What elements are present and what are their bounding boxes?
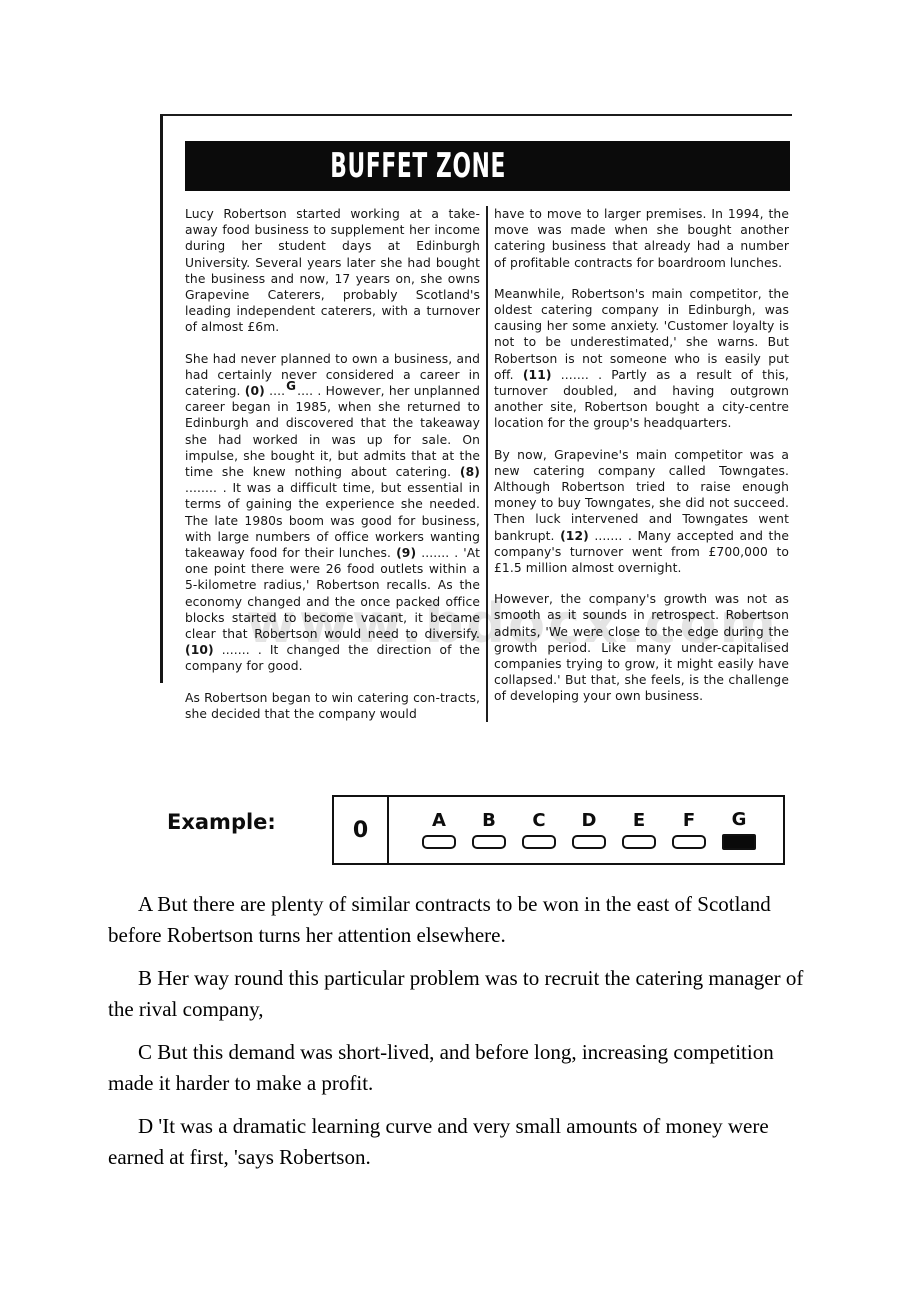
- answer-bubble: [572, 835, 606, 849]
- text-segment: ....... . 'At one point there were 26 fo…: [185, 546, 480, 641]
- answer-cell-c: C: [523, 811, 555, 849]
- article-paragraph: As Robertson began to win catering con-t…: [185, 690, 480, 722]
- article-column-left: Lucy Robertson started working at a take…: [185, 206, 480, 722]
- option-text: Her way round this particular problem wa…: [108, 966, 803, 1021]
- article-paragraph: However, the company's growth was not as…: [494, 591, 789, 704]
- text-segment: (11): [523, 368, 552, 382]
- column-divider: [486, 206, 488, 722]
- option-letter: C: [138, 1040, 152, 1064]
- answer-letter: C: [532, 811, 545, 831]
- answer-bubble: [622, 835, 656, 849]
- scan-left-border: [160, 115, 163, 683]
- option-text: But this demand was short-lived, and bef…: [108, 1040, 774, 1095]
- answer-cell-g: G: [723, 810, 755, 850]
- article-title: BUFFET ZONE: [331, 146, 507, 186]
- text-segment: However, the company's growth was not as…: [494, 592, 789, 703]
- page: { "watermark": { "text": "www.bdocx.com"…: [0, 0, 920, 1302]
- answer-cell-a: A: [423, 811, 455, 849]
- article-paragraph: She had never planned to own a business,…: [185, 351, 480, 675]
- answer-letter: E: [633, 811, 645, 831]
- text-segment: As Robertson began to win catering con-t…: [185, 691, 480, 721]
- article-column-right: have to move to larger premises. In 1994…: [494, 206, 789, 722]
- article-title-banner: BUFFET ZONE: [185, 141, 790, 191]
- option-letter: A: [138, 892, 152, 916]
- answer-grid: ABCDEFG: [389, 797, 783, 863]
- answer-bubble-filled: [722, 834, 756, 850]
- answer-cell-e: E: [623, 811, 655, 849]
- answer-options-list: A But there are plenty of similar contra…: [108, 889, 814, 1185]
- example-answer-box: 0 ABCDEFG: [332, 795, 785, 865]
- article-paragraph: have to move to larger premises. In 1994…: [494, 206, 789, 271]
- answer-bubble: [472, 835, 506, 849]
- answer-option-b: B Her way round this particular problem …: [108, 963, 814, 1024]
- text-segment: ....... . It changed the direction of th…: [185, 643, 480, 673]
- answer-letter: B: [482, 811, 496, 831]
- example-label: Example:: [167, 810, 276, 834]
- document-scan: BUFFET ZONE Lucy Robertson started worki…: [160, 114, 792, 722]
- answer-option-a: A But there are plenty of similar contra…: [108, 889, 814, 950]
- article-paragraph: Lucy Robertson started working at a take…: [185, 206, 480, 336]
- option-text: But there are plenty of similar contract…: [108, 892, 771, 947]
- option-text: 'It was a dramatic learning curve and ve…: [108, 1114, 769, 1169]
- answer-cell-b: B: [473, 811, 505, 849]
- text-segment: (8): [460, 465, 480, 479]
- article-paragraph: By now, Grapevine's main competitor was …: [494, 447, 789, 577]
- answer-cell-f: F: [673, 811, 705, 849]
- answer-letter: F: [683, 811, 695, 831]
- text-segment: .... . However, her unplanned career beg…: [185, 384, 480, 479]
- answer-cell-d: D: [573, 811, 605, 849]
- option-letter: D: [138, 1114, 153, 1138]
- answer-option-d: D 'It was a dramatic learning curve and …: [108, 1111, 814, 1172]
- article-body: Lucy Robertson started working at a take…: [185, 206, 790, 722]
- answer-letter: A: [432, 811, 446, 831]
- text-segment: (0): [245, 384, 265, 398]
- answer-letter: D: [582, 811, 597, 831]
- answer-bubble: [522, 835, 556, 849]
- text-segment: ....: [265, 384, 285, 398]
- answer-bubble: [672, 835, 706, 849]
- example-item-number: 0: [334, 797, 389, 863]
- text-segment: have to move to larger premises. In 1994…: [494, 207, 789, 270]
- option-letter: B: [138, 966, 152, 990]
- article-paragraph: Meanwhile, Robertson's main competitor, …: [494, 286, 789, 432]
- gap-answer: G: [286, 378, 296, 394]
- answer-letter: G: [732, 810, 747, 830]
- text-segment: (12): [560, 529, 589, 543]
- text-segment: (9): [396, 546, 416, 560]
- text-segment: Lucy Robertson started working at a take…: [185, 207, 480, 334]
- answer-option-c: C But this demand was short-lived, and b…: [108, 1037, 814, 1098]
- answer-bubble: [422, 835, 456, 849]
- text-segment: (10): [185, 643, 214, 657]
- scan-top-border: [160, 114, 792, 116]
